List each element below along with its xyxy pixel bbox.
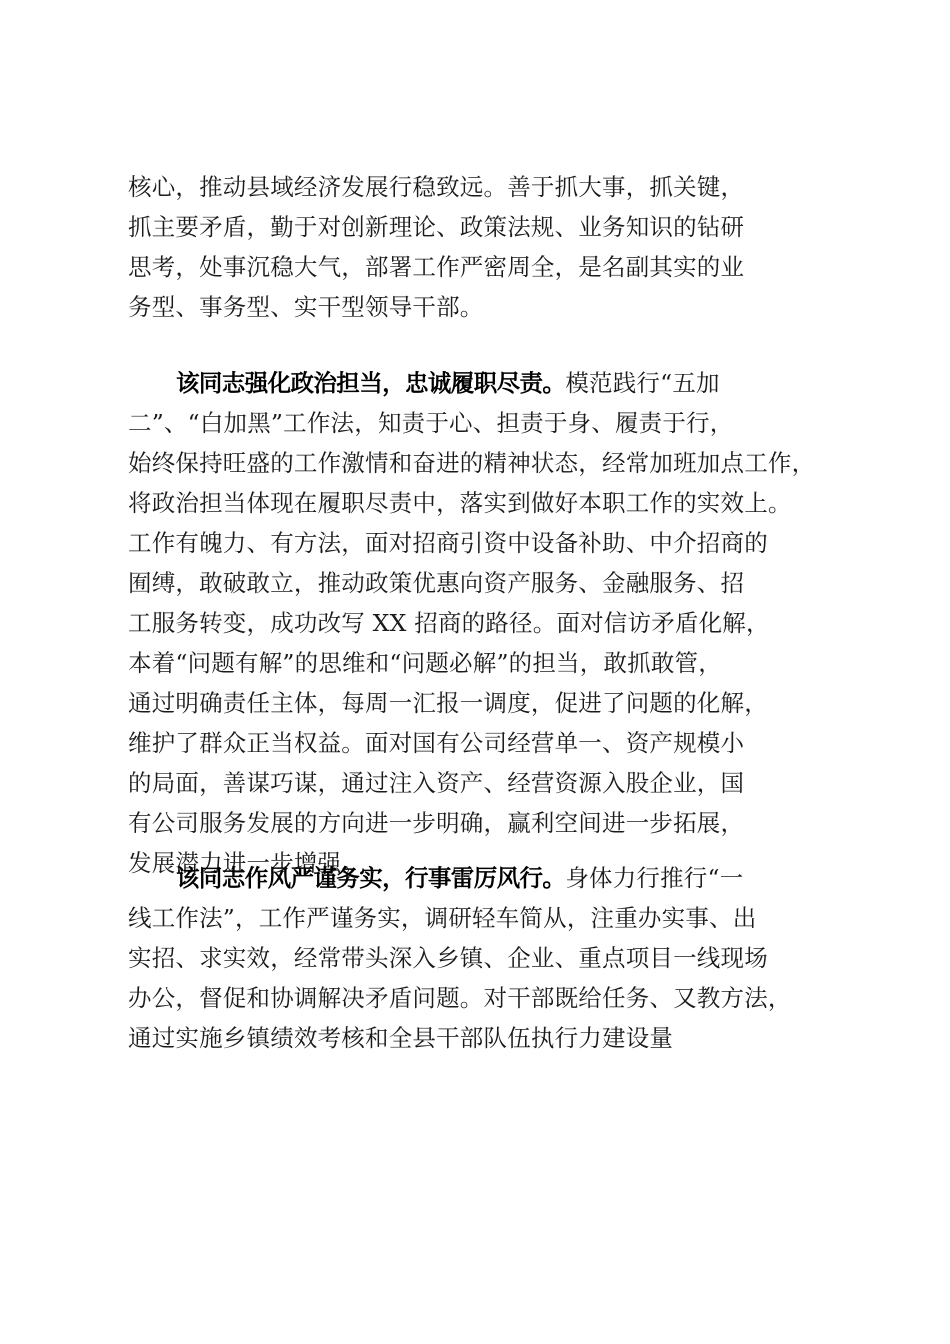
paragraph-line: 维护了群众正当权益。面对国有公司经营单一、资产规模小	[128, 723, 818, 763]
paragraph-3: 该同志作风严谨务实，行事雷厉风行。身体力行推行“一 线工作法”，工作严谨务实，调…	[128, 858, 818, 1058]
paragraph-line: 抓主要矛盾，勤于对创新理论、政策法规、业务知识的钻研	[128, 207, 818, 247]
paragraph-line: 囿缚，敢破敢立，推动政策优惠向资产服务、金融服务、招	[128, 563, 818, 603]
paragraph-line: 本着“问题有解”的思维和“问题必解”的担当，敢抓敢管，	[128, 643, 818, 683]
paragraph-1: 核心，推动县域经济发展行稳致远。善于抓大事，抓关键， 抓主要矛盾，勤于对创新理论…	[128, 167, 818, 327]
paragraph-line: 思考，处事沉稳大气，部署工作严密周全，是名副其实的业	[128, 247, 818, 287]
paragraph-line: 工作有魄力、有方法，面对招商引资中设备补助、中介招商的	[128, 523, 818, 563]
paragraph-line: 办公，督促和协调解决矛盾问题。对干部既给任务、又教方法，	[128, 978, 818, 1018]
paragraph-heading: 该同志强化政治担当，忠诚履职尽责。	[176, 369, 565, 397]
paragraph-first-line-text: 身体力行推行“一	[565, 864, 743, 892]
paragraph-line: 实招、求实效，经常带头深入乡镇、企业、重点项目一线现场	[128, 938, 818, 978]
paragraph-line: 将政治担当体现在履职尽责中，落实到做好本职工作的实效上。	[128, 483, 818, 523]
paragraph-line: 线工作法”，工作严谨务实，调研轻车简从，注重办实事、出	[128, 898, 818, 938]
paragraph-line: 的局面，善谋巧谋，通过注入资产、经营资源入股企业，国	[128, 763, 818, 803]
paragraph-first-line: 该同志强化政治担当，忠诚履职尽责。模范践行“五加	[128, 363, 818, 403]
paragraph-first-line: 该同志作风严谨务实，行事雷厉风行。身体力行推行“一	[128, 858, 818, 898]
document-page: 核心，推动县域经济发展行稳致远。善于抓大事，抓关键， 抓主要矛盾，勤于对创新理论…	[0, 0, 950, 1344]
paragraph-line: 通过明确责任主体，每周一汇报一调度，促进了问题的化解，	[128, 683, 818, 723]
paragraph-heading: 该同志作风严谨务实，行事雷厉风行。	[176, 864, 565, 892]
paragraph-line: 工服务转变，成功改写 XX 招商的路径。面对信访矛盾化解，	[128, 603, 818, 643]
paragraph-first-line-text: 模范践行“五加	[565, 369, 719, 397]
paragraph-line: 务型、事务型、实干型领导干部。	[128, 287, 818, 327]
paragraph-line: 核心，推动县域经济发展行稳致远。善于抓大事，抓关键，	[128, 167, 818, 207]
paragraph-line: 有公司服务发展的方向进一步明确，赢利空间进一步拓展，	[128, 803, 818, 843]
paragraph-line: 通过实施乡镇绩效考核和全县干部队伍执行力建设量	[128, 1018, 818, 1058]
paragraph-line: 始终保持旺盛的工作激情和奋进的精神状态，经常加班加点工作，	[128, 443, 818, 483]
paragraph-line: 二”、“白加黑”工作法，知责于心、担责于身、履责于行，	[128, 403, 818, 443]
paragraph-2: 该同志强化政治担当，忠诚履职尽责。模范践行“五加 二”、“白加黑”工作法，知责于…	[128, 363, 818, 883]
